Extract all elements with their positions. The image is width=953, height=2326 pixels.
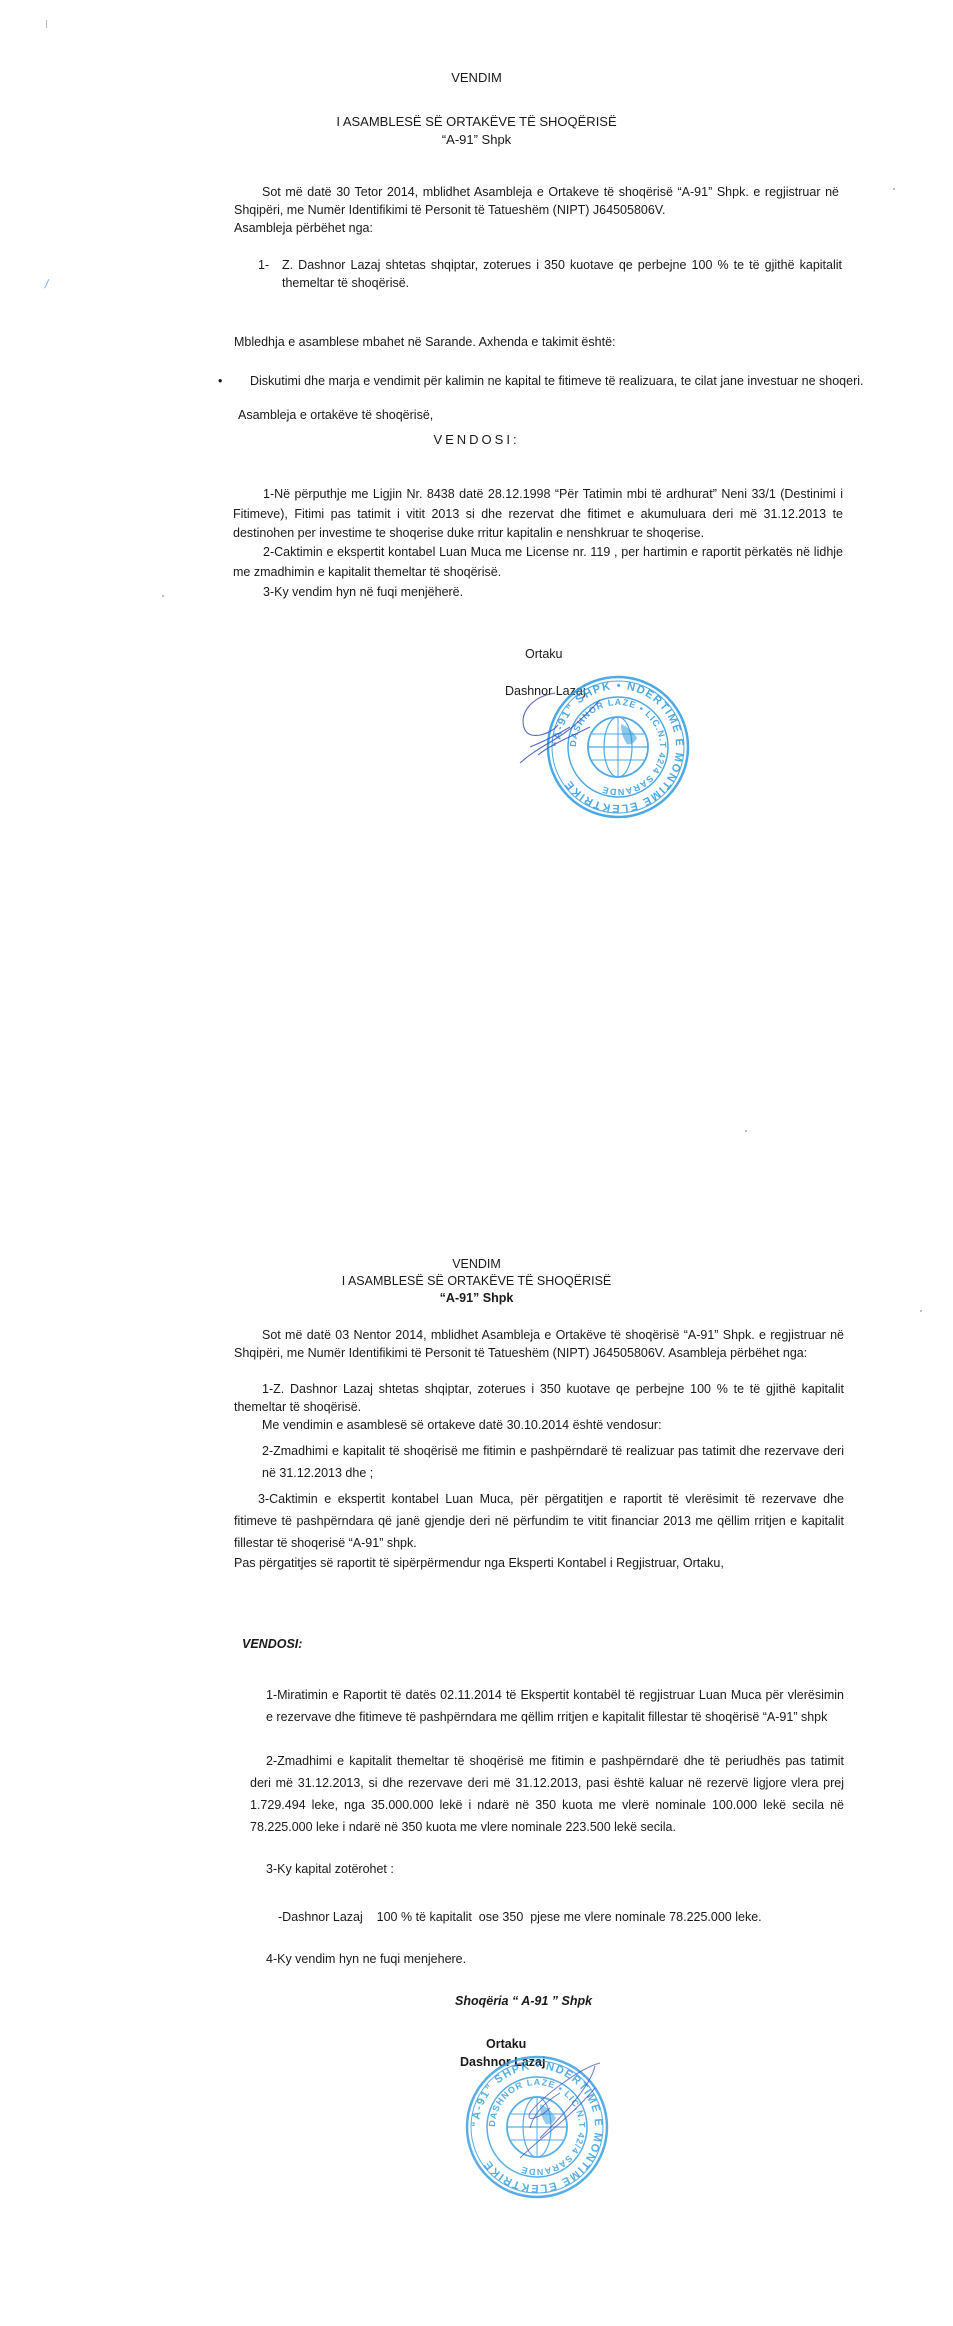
decision-3: 3-Ky kapital zotërohet : — [266, 1860, 844, 1878]
signatory-role: Ortaku — [525, 645, 563, 663]
capital-holder: -Dashnor Lazaj 100 % të kapitalit ose 35… — [278, 1908, 858, 1926]
intro-tail: Asambleja përbëhet nga: — [234, 219, 834, 237]
prior-item-3: 3-Caktimin e ekspertit kontabel Luan Muc… — [234, 1488, 844, 1554]
prior-item-2: 2-Zmadhimi e kapitalit të shoqërisë me f… — [262, 1440, 844, 1484]
document-page-1: VENDIM I ASAMBLESË SË ORTAKËVE TË SHOQËR… — [0, 0, 953, 1160]
decision-subtitle: I ASAMBLESË SË ORTAKËVE TË SHOQËRISË — [0, 114, 953, 129]
assembly-paragraph: Asambleja e ortakëve të shoqërisë, — [238, 406, 838, 424]
document-page-2: VENDIM I ASAMBLESË SË ORTAKËVE TË SHOQËR… — [0, 1160, 953, 2326]
company-name: “A-91” Shpk — [0, 1289, 953, 1307]
member-paragraph: Z. Dashnor Lazaj shtetas shqiptar, zoter… — [282, 256, 842, 292]
scan-artifact — [162, 595, 164, 597]
intro-paragraph: Sot më datë 03 Nentor 2014, mblidhet Asa… — [234, 1326, 844, 1362]
decision-title: VENDIM — [0, 70, 953, 85]
scan-artifact — [893, 188, 895, 190]
agenda-item: Diskutimi dhe marja e vendimit për kalim… — [228, 372, 868, 390]
decision-3: 3-Ky vendim hyn në fuqi menjëherë. — [263, 583, 843, 601]
decision-1: 1-Miratimin e Raportit të datës 02.11.20… — [266, 1684, 844, 1728]
decision-2: 2-Zmadhimi e kapitalit themeltar të shoq… — [250, 1750, 844, 1838]
scan-artifact — [44, 279, 55, 291]
scan-artifact — [745, 1130, 747, 1132]
scan-artifact — [46, 20, 47, 28]
decision-1: 1-Në përputhje me Ligjin Nr. 8438 datë 2… — [233, 485, 843, 544]
member-paragraph: 1-Z. Dashnor Lazaj shtetas shqiptar, zot… — [234, 1380, 844, 1416]
meeting-paragraph: Mbledhja e asamblese mbahet në Sarande. … — [234, 333, 834, 351]
after-report-paragraph: Pas përgatitjes së raportit të sipërpërm… — [234, 1554, 844, 1572]
intro-paragraph: Sot më datë 30 Tetor 2014, mblidhet Asam… — [234, 183, 839, 219]
handwritten-signature — [500, 685, 630, 765]
decision-title: VENDIM — [0, 1255, 953, 1273]
decides-heading: VENDOSI: — [0, 432, 953, 447]
decides-heading: VENDOSI: — [242, 1635, 302, 1653]
decision-4: 4-Ky vendim hyn ne fuqi menjehere. — [266, 1950, 846, 1968]
company-name: “A-91” Shpk — [0, 132, 953, 147]
decision-2: 2-Caktimin e ekspertit kontabel Luan Muc… — [233, 543, 843, 582]
prior-decision-intro: Me vendimin e asamblesë së ortakeve datë… — [262, 1416, 842, 1434]
scan-artifact — [920, 1310, 922, 1312]
signatory-role: Ortaku — [486, 2035, 526, 2053]
member-number: 1- — [258, 256, 269, 274]
decision-subtitle: I ASAMBLESË SË ORTAKËVE TË SHOQËRISË — [0, 1272, 953, 1290]
company-signature-line: Shoqëria “ A-91 ” Shpk — [455, 1992, 592, 2010]
handwritten-signature — [500, 2058, 620, 2168]
